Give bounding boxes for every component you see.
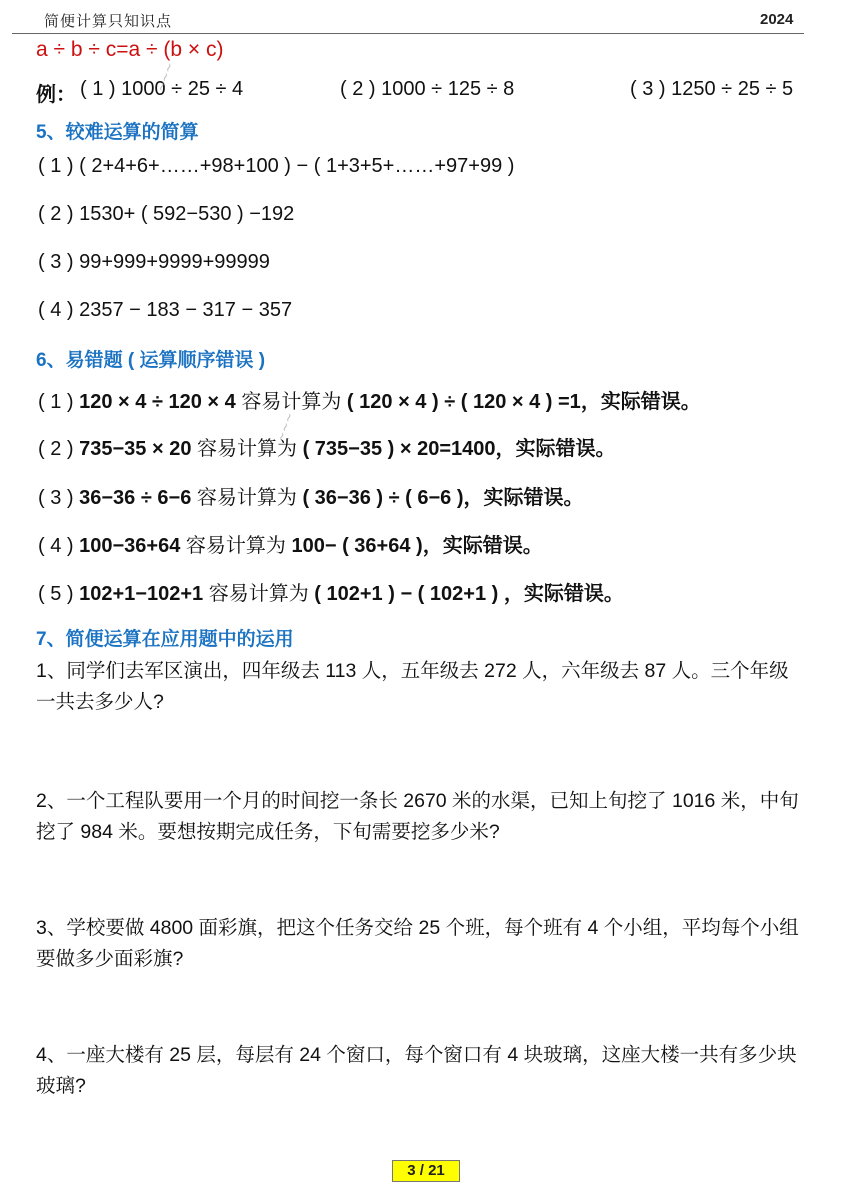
header-divider [12,33,804,34]
item-expression: 120 × 4 ÷ 120 × 4 [79,391,236,413]
section-6-item: ( 2 ) 735−35 × 20 容易计算为 ( 735−35 ) × 20=… [38,432,616,461]
item-expression: 102+1−102+1 [79,583,203,605]
item-wrong-calc: ( 735−35 ) × 20=1400 [303,438,496,460]
item-tail: ，实际错误。 [423,535,543,557]
section-5-item: ( 1 ) ( 2+4+6+……+98+100 ) − ( 1+3+5+……+9… [38,155,514,178]
item-wrong-calc: ( 120 × 4 ) ÷ ( 120 × 4 ) =1 [347,391,581,413]
item-connector: 容易计算为 [180,535,291,557]
word-problem-1: 1、同学们去军区演出，四年级去 113 人，五年级去 272 人，六年级去 87… [36,656,806,718]
page-indicator: 3 / 21 [392,1160,460,1182]
word-problem-4: 4、一座大楼有 25 层，每层有 24 个窗口，每个窗口有 4 块玻璃，这座大楼… [36,1040,806,1102]
section-5-item: ( 3 ) 99+999+9999+99999 [38,251,270,274]
item-connector: 容易计算为 [191,487,302,509]
section-6-item: ( 1 ) 120 × 4 ÷ 120 × 4 容易计算为 ( 120 × 4 … [38,385,701,414]
item-tail: ，实际错误。 [496,438,616,460]
item-connector: 容易计算为 [203,583,314,605]
section-5-item: ( 2 ) 1530+ ( 592−530 ) −192 [38,203,294,226]
item-tail: ，实际错误。 [464,487,584,509]
item-wrong-calc: ( 36−36 ) ÷ ( 6−6 ) [302,487,463,509]
section-6-title: 6、易错题 ( 运算顺序错误 ) [36,345,265,372]
item-expression: 36−36 ÷ 6−6 [79,487,191,509]
example-2: ( 2 ) 1000 ÷ 125 ÷ 8 [340,78,514,101]
item-connector: 容易计算为 [236,391,347,413]
section-5-title: 5、较难运算的简算 [36,117,199,144]
item-tail: ，实际错误。 [581,391,701,413]
item-expression: 100−36+64 [79,535,180,557]
item-number: ( 3 ) [38,487,79,509]
item-expression: 735−35 × 20 [79,438,191,460]
item-wrong-calc: ( 102+1 ) − ( 102+1 ) [314,583,498,605]
item-number: ( 5 ) [38,583,79,605]
section-6-item: ( 5 ) 102+1−102+1 容易计算为 ( 102+1 ) − ( 10… [38,577,624,606]
section-7-title: 7、简便运算在应用题中的运用 [36,624,294,651]
header-title: 简便计算只知识点 [44,10,172,31]
example-label: 例： [36,78,76,107]
formula: a ÷ b ÷ c=a ÷ (b × c) [36,38,223,62]
word-problem-3: 3、学校要做 4800 面彩旗，把这个任务交给 25 个班，每个班有 4 个小组… [36,913,806,975]
item-number: ( 1 ) [38,391,79,413]
section-6-item: ( 4 ) 100−36+64 容易计算为 100− ( 36+64 )，实际错… [38,529,543,558]
header-year: 2024 [760,11,793,28]
item-tail: ，实际错误。 [498,583,624,605]
item-wrong-calc: 100− ( 36+64 ) [291,535,422,557]
word-problem-2: 2、一个工程队要用一个月的时间挖一条长 2670 米的水渠，已知上旬挖了 101… [36,786,806,848]
section-5-item: ( 4 ) 2357 − 183 − 317 − 357 [38,299,292,322]
item-number: ( 4 ) [38,535,79,557]
section-6-item: ( 3 ) 36−36 ÷ 6−6 容易计算为 ( 36−36 ) ÷ ( 6−… [38,481,584,510]
example-3: ( 3 ) 1250 ÷ 25 ÷ 5 [630,78,793,101]
item-number: ( 2 ) [38,438,79,460]
